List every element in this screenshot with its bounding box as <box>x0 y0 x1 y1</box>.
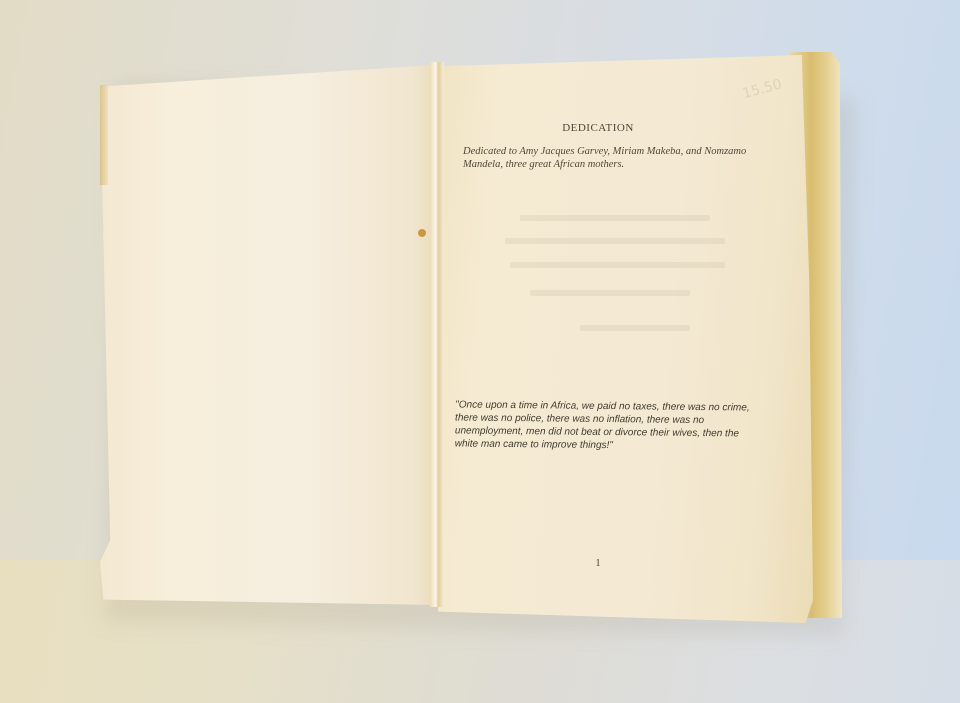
dedication-heading: DEDICATION <box>438 122 758 134</box>
show-through-line <box>510 262 725 268</box>
book-gutter <box>430 62 444 607</box>
show-through-line <box>520 215 710 221</box>
left-page-foxing <box>100 85 108 185</box>
rust-stain <box>418 229 426 237</box>
page-number: 1 <box>590 558 606 569</box>
show-through-line <box>580 325 690 331</box>
dedication-text: Dedicated to Amy Jacques Garvey, Miriam … <box>463 145 763 171</box>
show-through-line <box>530 290 690 296</box>
epigraph-quote: "Once upon a time in Africa, we paid no … <box>455 398 756 453</box>
show-through-line <box>505 238 725 244</box>
right-page <box>438 55 813 623</box>
left-page-blank <box>100 65 440 605</box>
